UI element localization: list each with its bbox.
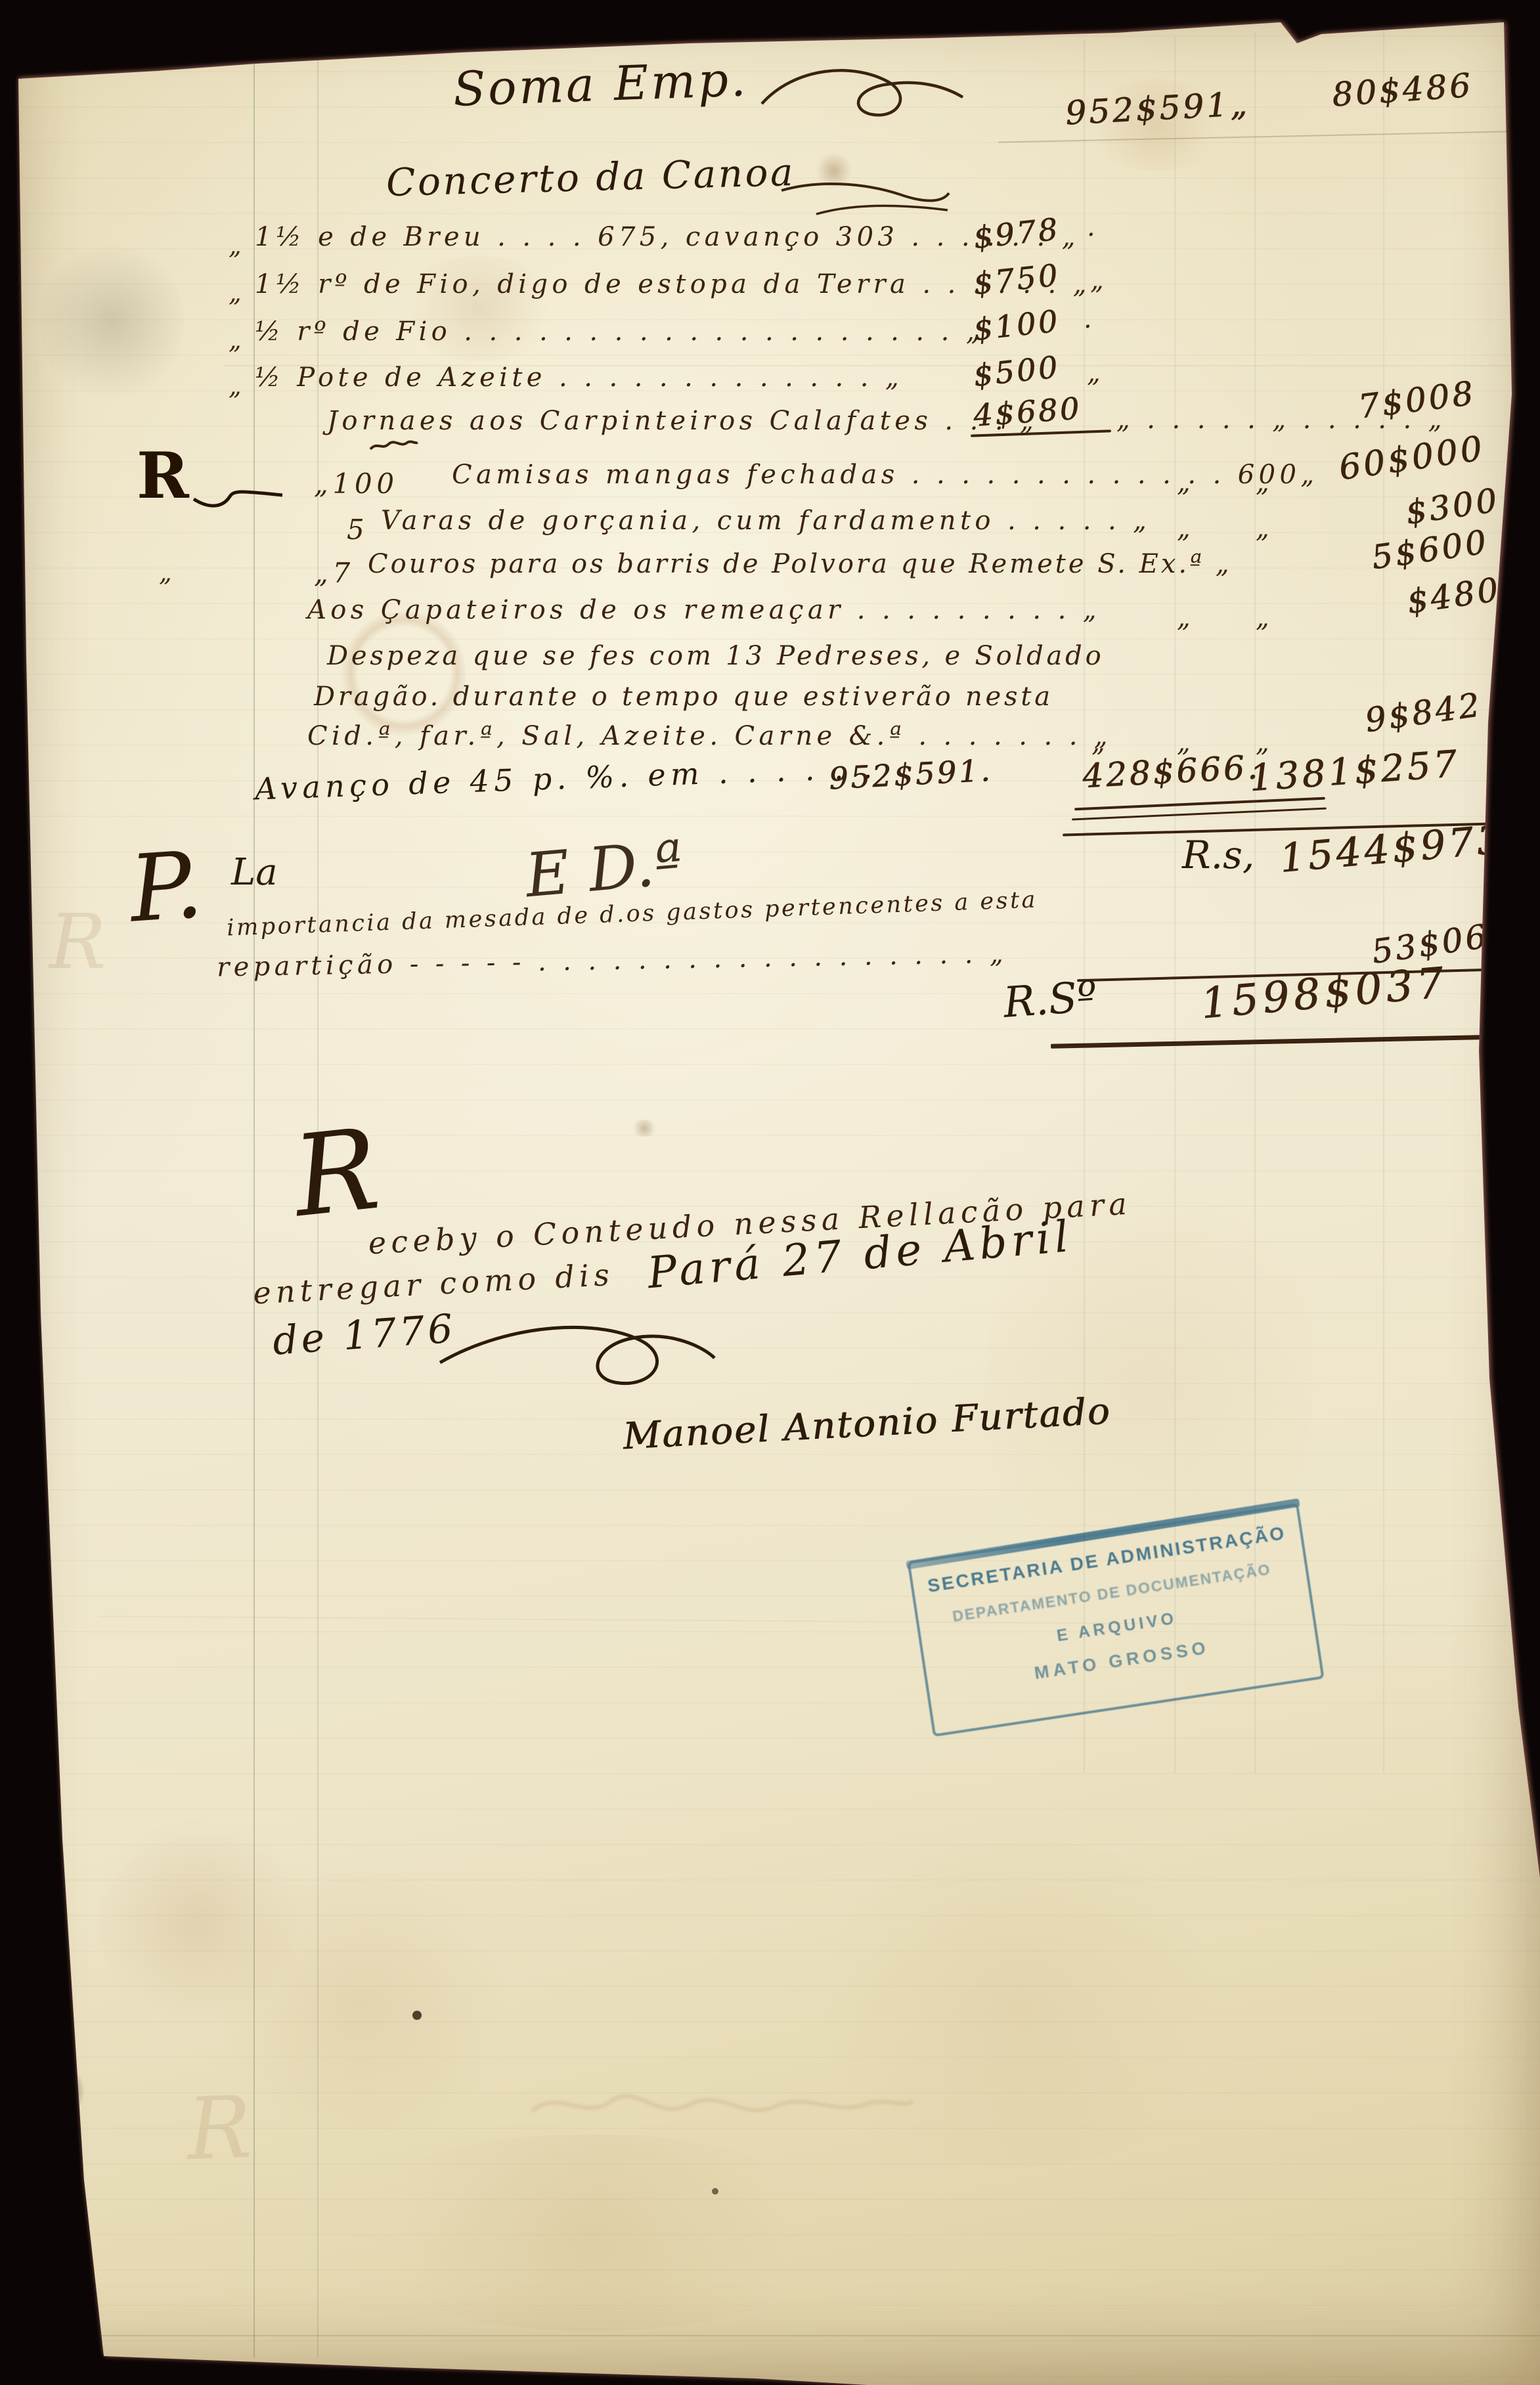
ledger-row-desc: Despeza que se fes com 13 Pedreses, e So… xyxy=(327,641,1104,671)
ledger-row-value: $500 xyxy=(972,349,1062,393)
reis-final-label: R.Sº xyxy=(1002,973,1099,1028)
ditto-mark: „ xyxy=(1256,468,1269,498)
ink-blot xyxy=(26,2062,85,2121)
margin-mark: „ xyxy=(229,231,242,260)
ink-dot xyxy=(412,2011,422,2020)
total-rule-thick xyxy=(1051,1034,1540,1049)
receipt-year: de 1776 xyxy=(271,1305,457,1364)
archive-stamp: SECRETARIA DE ADMINISTRAÇÃO DEPARTAMENTO… xyxy=(907,1503,1324,1737)
crease-line xyxy=(998,130,1540,142)
e-flourish: E D.ª xyxy=(523,827,686,911)
crease-line xyxy=(99,1615,1540,1627)
stain xyxy=(99,1806,296,2036)
ditto-mark: „ xyxy=(1177,603,1191,633)
soma-heading: Soma Emp. xyxy=(452,51,749,117)
ledger-row-desc: ½ Pote de Azeite . . . . . . . . . . . .… xyxy=(255,362,903,393)
final-total: 1598$037 xyxy=(1199,959,1449,1029)
trail-mark: · xyxy=(1087,220,1095,250)
ledger-row-qty: „7 xyxy=(314,557,355,589)
flourish-underline xyxy=(778,176,956,229)
soma-total-col2: 80$486 xyxy=(1331,66,1474,114)
column-sum-2: 1381$257 xyxy=(1248,743,1461,800)
stain xyxy=(39,236,184,407)
subtotal-desc: Jornaes aos Carpinteiros Calafates . . .… xyxy=(327,406,1038,436)
ink-dot xyxy=(712,2188,718,2195)
stain xyxy=(197,1871,525,2134)
paper-wrap: R R Soma Emp. 952$591„ 80$486 Concerto d… xyxy=(0,0,1540,2385)
stain xyxy=(328,2134,854,2331)
stain xyxy=(630,1120,658,1137)
column-sum-1: 428$666. xyxy=(1082,748,1261,795)
underline-stroke xyxy=(1072,808,1327,821)
margin-r-mark: R xyxy=(137,439,189,513)
photo-vignette xyxy=(0,0,1540,2385)
ruled-line xyxy=(1174,36,1176,1773)
ledger-row-desc: ½ rº de Fio . . . . . . . . . . . . . . … xyxy=(255,317,984,347)
bleedthrough-letter: R xyxy=(49,898,106,986)
bleedthrough-writing xyxy=(525,2075,919,2134)
ditto-mark: „ xyxy=(1177,514,1191,544)
ledger-row-qty: „100 xyxy=(314,468,399,500)
document-paper: R R Soma Emp. 952$591„ 80$486 Concerto d… xyxy=(0,0,1540,2385)
grand-total: 1544$973 xyxy=(1278,816,1507,882)
receipt-line2: entregar como dis xyxy=(252,1257,615,1311)
ledger-row-value: $100 xyxy=(972,303,1062,347)
ledger-row-qty: 5 xyxy=(347,514,368,546)
margin-mark: „ xyxy=(229,326,242,355)
reis-label: R.s, xyxy=(1182,833,1254,877)
r-mark-swash xyxy=(190,487,289,514)
flourish-swash xyxy=(433,1307,722,1405)
ruled-line xyxy=(1084,39,1085,1773)
subtotal-value: 4$680 xyxy=(972,390,1082,433)
ledger-row-desc: Cid.ª, far.ª, Sal, Azeite. Carne &.ª . .… xyxy=(307,721,1112,751)
trail-mark: „ xyxy=(1087,358,1101,388)
ledger-row-desc: Couros para os barris de Polvora que Rem… xyxy=(368,549,1232,579)
margin-mark: „ xyxy=(159,558,172,587)
ledger-row-desc: 1½ e de Breu . . . . 675, cavanço 303 . … xyxy=(255,222,1080,252)
flourish-swash xyxy=(755,56,972,129)
ditto-mark: „ xyxy=(1256,514,1269,544)
soma-total-col1: 952$591„ xyxy=(1065,85,1250,133)
paper-texture xyxy=(0,0,1540,2385)
ditto-mark: „ xyxy=(1091,728,1105,758)
ditto-mark: „ xyxy=(1256,603,1269,633)
ledger-row-value: 5$600 xyxy=(1369,523,1491,577)
tilde-mark xyxy=(368,439,420,454)
la-word: La xyxy=(231,851,278,894)
trail-mark: · xyxy=(1084,312,1092,342)
ditto-mark: „ xyxy=(1177,468,1191,498)
ledger-row-value: $480 xyxy=(1405,570,1503,621)
crease-line xyxy=(99,2335,1540,2336)
margin-mark: „ xyxy=(229,372,242,401)
receipt-initial: R xyxy=(288,1105,385,1242)
ruled-line xyxy=(253,62,255,2357)
ledger-row-desc: 1½ rº de Fio, digo de estopa da Terra . … xyxy=(255,269,1091,299)
ledger-row-desc: Varas de gorçania, cum fardamento . . . … xyxy=(381,506,1151,536)
bleedthrough-letter: R xyxy=(185,2077,253,2179)
p-initial: P. xyxy=(126,831,206,943)
ruled-line xyxy=(1383,30,1384,1773)
ledger-row-value: $300 xyxy=(1403,481,1502,531)
section-title: Concerto da Canoa xyxy=(385,150,796,205)
avanco-label: Avanço de 45 p. %. em . . . . . . xyxy=(254,749,877,806)
subtotal-total: 7$008 xyxy=(1356,374,1478,426)
avanco-base: 952$591. xyxy=(828,753,993,797)
ledger-row-desc: Dragão. durante o tempo que estiverão ne… xyxy=(314,682,1053,712)
ledger-row-value: 60$000 xyxy=(1336,429,1487,489)
photographed-manuscript-page: R R Soma Emp. 952$591„ 80$486 Concerto d… xyxy=(0,0,1540,2385)
margin-mark: „ xyxy=(229,278,242,307)
ledger-row-value: 9$842 xyxy=(1363,686,1484,739)
ledger-row-desc: Aos Çapateiros de os remeaçar . . . . . … xyxy=(307,595,1101,625)
underline-stroke xyxy=(1499,887,1540,891)
trail-mark: „ xyxy=(1090,265,1104,295)
mesada-line2: repartição - - - - - . . . . . . . . . .… xyxy=(217,938,1008,982)
stain xyxy=(341,611,466,735)
